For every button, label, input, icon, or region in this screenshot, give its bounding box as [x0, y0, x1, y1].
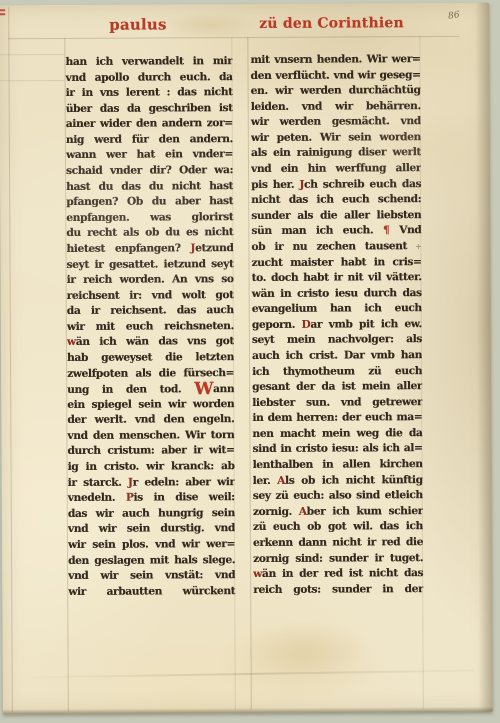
- text-segment: ung in den tod.: [67, 383, 194, 396]
- text-segment: han ich verwandelt in mir: [65, 55, 232, 68]
- text-line: seyt mein nachvolger: als: [252, 332, 422, 348]
- text-line: vnedeln. Pis in dise weil:: [68, 490, 235, 506]
- text-segment: reichsent ir: vnd wolt got: [67, 289, 234, 302]
- running-title-paulus: paulus: [109, 15, 166, 33]
- text-segment: ir in vns lerent : das nicht: [66, 86, 233, 99]
- text-line: reichsent ir: vnd wolt got: [67, 288, 234, 304]
- text-segment: ch schreib euch das: [304, 178, 421, 191]
- text-line: vnd den menschen. Wir torn: [67, 428, 234, 444]
- text-segment: nicht das ich euch schend:: [251, 193, 421, 206]
- ruling-line-margin: [0, 80, 65, 81]
- text-segment: ainer wider den andern zor=: [66, 117, 233, 130]
- text-line: mit vnsern henden. Wir wer=: [250, 52, 420, 68]
- text-segment: reich gots: sunder in der tugēt: [253, 583, 423, 598]
- text-segment: wir mit euch reichsneten.: [67, 320, 234, 333]
- ruling-line-textblock-top: [0, 54, 64, 55]
- text-segment: is in dise weil:: [133, 491, 234, 504]
- text-segment: erkenn dann nicht ir red die: [253, 536, 423, 549]
- text-column-right: mit vnsern henden. Wir wer=den verflücht…: [250, 52, 423, 598]
- text-segment: ber ich kum schier: [307, 505, 423, 518]
- text-line: über das da geschriben ist: [66, 101, 233, 117]
- text-segment: als ein rainigung diser werlt: [251, 147, 421, 160]
- text-segment: du recht als ob du es nicht: [66, 226, 233, 239]
- text-segment: en. wir werden durchächtüg: [251, 84, 421, 97]
- text-segment: da ir reichsent. das auch: [67, 304, 234, 317]
- text-line: auch ich crist. Dar vmb han: [252, 348, 422, 364]
- text-line: ler. Als ob ich nicht künftig: [253, 473, 423, 489]
- text-line: pis her. Jch schreib euch das: [251, 177, 421, 193]
- text-segment: wir werden gesmächt. vnd: [251, 115, 421, 128]
- text-line: ir in vns lerent : das nicht: [66, 85, 233, 101]
- text-segment: den verflücht. vnd wir geseg=: [250, 69, 420, 82]
- text-line: zucht maister habt in cris=: [251, 255, 421, 271]
- text-segment: ich thymotheum zü euch: [252, 365, 422, 378]
- text-line: vnd apollo durch euch. da: [65, 70, 232, 86]
- text-line: zornig. Aber ich kum schier: [253, 504, 423, 520]
- text-line: wän ich wän das vns got: [67, 334, 234, 350]
- text-line: reich gots: sunder in der tugēt: [253, 582, 423, 598]
- text-segment: vnd ein hin werffung aller: [251, 162, 421, 175]
- text-segment: seyt ir gesattet. ietzund seyt: [66, 258, 233, 271]
- text-segment: sind in cristo iesu: als ich al=: [252, 443, 422, 456]
- text-segment: zü euch ob got wil. das ich: [253, 520, 423, 533]
- text-line: hast du das du nicht hast en=: [66, 179, 233, 195]
- text-segment: nig werd für den andern.: [66, 133, 233, 146]
- text-line: seyt ir gesattet. ietzund seyt: [66, 257, 233, 273]
- text-segment: sunder als die aller liebsten: [251, 209, 421, 222]
- text-segment: leiden. vnd wir behärren.: [251, 100, 421, 113]
- text-segment: auch ich crist. Dar vmb han: [252, 349, 422, 362]
- text-line: sunder als die aller liebsten: [251, 208, 421, 224]
- text-segment: sey zü euch: also sind etleich: [253, 489, 423, 502]
- text-line: schaid vnder dir? Oder wa:: [66, 163, 233, 179]
- text-segment: ann: [213, 383, 234, 395]
- parchment-crease: [22, 669, 473, 678]
- text-segment: das wir auch hungrig sein: [68, 507, 235, 520]
- text-segment: ls ob ich nicht künftig: [285, 474, 423, 487]
- text-segment: vnedeln.: [68, 492, 126, 504]
- text-line: der werlt. vnd den engeln.: [67, 412, 234, 428]
- text-line: den geslagen mit hals slege.: [68, 553, 235, 569]
- text-line: zornig sind: sunder ir tuget.: [253, 551, 423, 567]
- text-segment: wann wer hat ein vnder=: [66, 149, 233, 162]
- manuscript-page: paulus zü den Corinthien 86 han ich verw…: [0, 3, 493, 715]
- text-line: pfangen? Ob du aber hast: [66, 194, 233, 210]
- text-line: lenthalben in allen kirchen: [253, 457, 423, 473]
- text-segment: ir starck.: [68, 476, 128, 488]
- text-segment: über das da geschriben ist: [66, 102, 233, 115]
- text-segment: seyt mein nachvolger: als: [252, 333, 422, 346]
- text-line: ob ir nu zechen tausent +: [251, 239, 421, 255]
- text-line: ich thymotheum zü euch: [252, 364, 422, 380]
- text-segment: durch cristum: aber ir wit=: [67, 445, 234, 458]
- text-segment: hast du das du nicht hast en=: [66, 180, 233, 195]
- text-segment: hietest enpfangen?: [66, 242, 190, 255]
- text-column-left: han ich verwandelt in mirvnd apollo durc…: [65, 54, 235, 600]
- text-line: da ir reichsent. das auch: [67, 303, 234, 319]
- red-touched-capital: P: [126, 492, 134, 504]
- text-line: vnd wir sein durstig. vnd: [68, 521, 235, 537]
- text-segment: in dem herren: der euch ma=: [252, 411, 422, 424]
- corner-red-mark: [0, 9, 5, 11]
- text-segment: pfangen? Ob du aber hast: [66, 195, 233, 208]
- text-line: in dem herren: der euch ma=: [252, 410, 422, 426]
- text-segment: wir peten. Wir sein worden: [251, 131, 421, 144]
- text-line: nicht das ich euch schend:: [251, 192, 421, 208]
- text-segment: vnd den menschen. Wir torn: [67, 429, 234, 442]
- text-line: wir werden gesmächt. vnd: [251, 114, 421, 130]
- text-segment: hab geweyset die letzten: [67, 351, 234, 364]
- text-segment: der werlt. vnd den engeln.: [67, 413, 234, 426]
- text-segment: ir reich worden. An vns so: [67, 273, 234, 286]
- red-touched-capital: w: [67, 336, 76, 348]
- text-line: das wir auch hungrig sein: [68, 506, 235, 522]
- text-line: han ich verwandelt in mir: [65, 54, 232, 70]
- text-segment: ob ir nu zechen tausent: [251, 240, 407, 253]
- text-segment: pis her.: [251, 178, 299, 190]
- text-segment: zwelfpoten als die fürsech=: [67, 367, 234, 380]
- text-segment: zornig sind: sunder ir tuget.: [253, 552, 423, 565]
- rubricated-initial: W: [194, 381, 213, 397]
- text-line: ir starck. Jr edeln: aber wir: [68, 475, 235, 491]
- text-segment: Vnd: [389, 224, 421, 236]
- text-segment: liebster sun. vnd getrewer: [252, 396, 422, 409]
- text-segment: lenthalben in allen kirchen: [253, 458, 423, 471]
- text-segment: schaid vnder dir? Oder wa:: [66, 164, 233, 177]
- ruling-line-left-margin: [8, 7, 13, 712]
- running-title-corinthians: zü den Corinthien: [259, 15, 404, 32]
- text-segment: gesant der da ist mein aller: [252, 380, 422, 393]
- text-line: zwelfpoten als die fürsech=: [67, 366, 234, 382]
- text-segment: enpfangen. was glorirst: [66, 211, 233, 224]
- text-segment: r edeln: aber wir: [133, 476, 235, 489]
- red-touched-capital: w: [253, 568, 262, 580]
- text-line: durch cristum: aber ir wit=: [67, 444, 234, 460]
- text-segment: vnd wir sein durstig. vnd: [68, 522, 235, 535]
- text-line: wir peten. Wir sein worden: [251, 130, 421, 146]
- text-line: en. wir werden durchächtüg: [251, 83, 421, 99]
- text-line: wän in cristo iesu durch das: [252, 286, 422, 302]
- text-line: wir arbautten würckent: [68, 584, 235, 600]
- text-line: wän in der red ist nicht das: [253, 566, 423, 582]
- text-segment: to. doch habt ir nit vil vätter.: [252, 271, 422, 284]
- text-line: wir sein plos. vnd wir wer=: [68, 537, 235, 553]
- text-segment: den geslagen mit hals slege.: [68, 554, 235, 567]
- text-line: ung in den tod. Wann: [67, 381, 234, 397]
- text-line: evangelium han ich euch: [252, 301, 422, 317]
- text-line: geporn. Dar vmb pit ich ew.: [252, 317, 422, 333]
- red-touched-capital: D: [301, 318, 310, 330]
- text-line: zü euch ob got wil. das ich: [253, 519, 423, 535]
- text-line: liebster sun. vnd getrewer: [252, 395, 422, 411]
- text-line: als ein rainigung diser werlt: [251, 146, 421, 162]
- text-line: vnd wir sein vnstät: vnd: [68, 568, 235, 584]
- text-line: ein spiegel sein wir worden: [67, 397, 234, 413]
- text-segment: wän in cristo iesu durch das: [252, 287, 422, 300]
- text-segment: ig in cristo. wir kranck: ab: [68, 460, 235, 473]
- text-line: ainer wider den andern zor=: [66, 116, 233, 132]
- text-segment: än in der red ist nicht das: [262, 567, 423, 580]
- text-line: nen macht mein weg die da: [252, 426, 422, 442]
- text-segment: nen macht mein weg die da: [252, 427, 422, 440]
- text-line: vnd ein hin werffung aller: [251, 161, 421, 177]
- text-segment: evangelium han ich euch: [252, 302, 422, 315]
- text-line: wann wer hat ein vnder=: [66, 148, 233, 164]
- text-segment: ar vmb pit ich ew.: [310, 318, 422, 331]
- text-line: to. doch habt ir nit vil vätter.: [252, 270, 422, 286]
- text-line: sün man ich euch. ¶ Vnd: [251, 223, 421, 239]
- text-segment: än ich wän das vns got: [76, 335, 234, 348]
- page-edge-bottom: [3, 707, 493, 715]
- text-segment: zucht maister habt in cris=: [251, 256, 421, 269]
- text-line: ir reich worden. An vns so: [67, 272, 234, 288]
- text-segment: mit vnsern henden. Wir wer=: [250, 53, 420, 66]
- text-line: hietest enpfangen? Jetzund: [66, 241, 233, 257]
- text-line: sind in cristo iesu: als ich al=: [252, 442, 422, 458]
- text-segment: wir sein plos. vnd wir wer=: [68, 538, 235, 551]
- red-touched-capital: A: [299, 505, 307, 517]
- text-segment: wir arbautten würckent: [68, 585, 235, 598]
- text-line: ig in cristo. wir kranck: ab: [68, 459, 235, 475]
- page-edge-right: [475, 3, 493, 712]
- text-line: erkenn dann nicht ir red die: [253, 535, 423, 551]
- text-line: nig werd für den andern.: [66, 132, 233, 148]
- text-segment: ler.: [253, 474, 278, 486]
- text-line: leiden. vnd wir behärren.: [251, 99, 421, 115]
- text-line: den verflücht. vnd wir geseg=: [250, 68, 420, 84]
- line-filler-mark: +: [407, 242, 421, 251]
- text-line: hab geweyset die letzten: [67, 350, 234, 366]
- text-line: enpfangen. was glorirst: [66, 210, 233, 226]
- folio-number: 86: [448, 10, 461, 22]
- text-line: du recht als ob du es nicht: [66, 225, 233, 241]
- text-segment: geporn.: [252, 319, 302, 331]
- text-segment: ein spiegel sein wir worden: [67, 398, 234, 411]
- text-line: wir mit euch reichsneten.: [67, 319, 234, 335]
- text-segment: vnd apollo durch euch. da: [65, 71, 232, 84]
- ruling-line-header: [8, 36, 459, 39]
- text-segment: zornig.: [253, 505, 299, 517]
- text-line: gesant der da ist mein aller: [252, 379, 422, 395]
- text-line: sey zü euch: also sind etleich: [253, 488, 423, 504]
- text-segment: vnd wir sein vnstät: vnd: [68, 569, 235, 582]
- text-segment: sün man ich euch.: [251, 225, 383, 238]
- text-segment: etzund: [195, 242, 233, 254]
